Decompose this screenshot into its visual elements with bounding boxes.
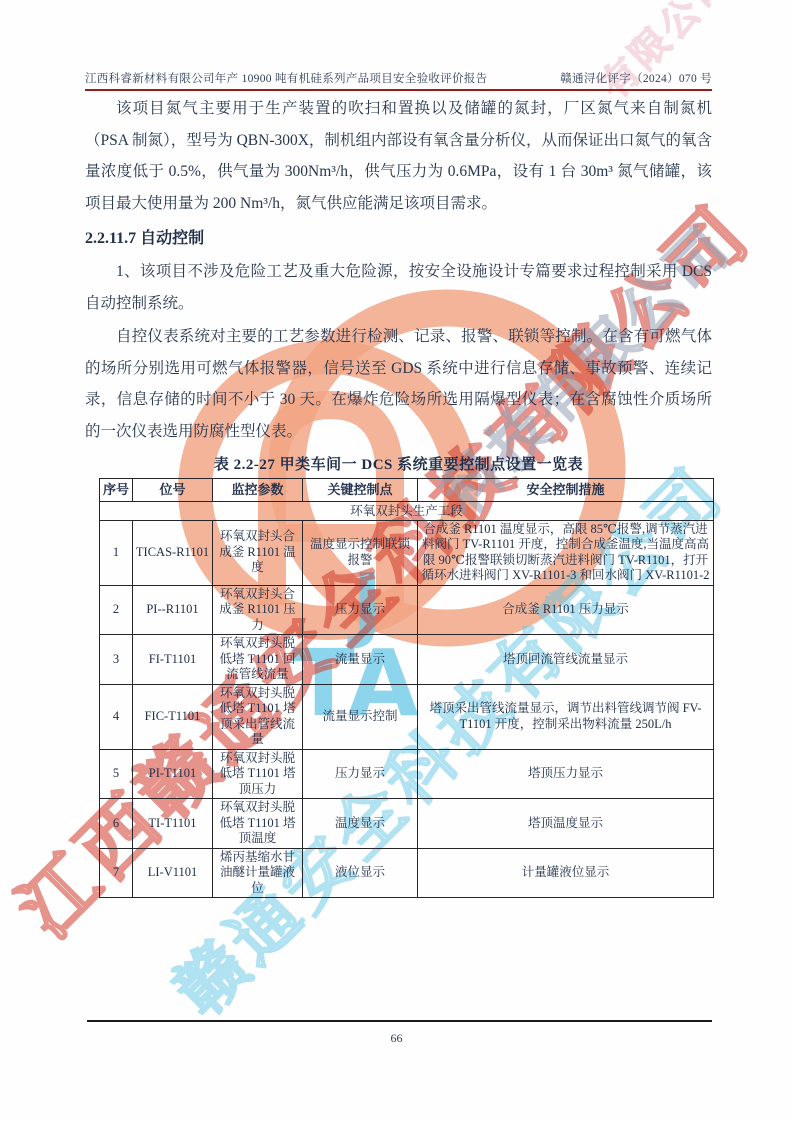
- dcs-control-points-table: 序号 位号 监控参数 关键控制点 安全控制措施 环氧双封头生产工段 1 TICA…: [99, 478, 714, 898]
- footer-rule: [87, 1020, 712, 1022]
- column-header-param: 监控参数: [213, 479, 303, 502]
- page-content: 江西科睿新材料有限公司年产 10900 吨有机硅系列产品项目安全验收评价报告 赣…: [0, 0, 793, 898]
- table-row: 3 FI-T1101 环氧双封头脱低塔 T1101 回流管线流量 流量显示 塔顶…: [100, 635, 714, 685]
- tag-cell: FI-T1101: [133, 635, 213, 685]
- table-row: 1 TICAS-R1101 环氧双封头合成釜 R1101 温度 温度显示控制联锁…: [100, 520, 714, 585]
- tag-cell: FIC-T1101: [133, 684, 213, 749]
- seq-cell: 4: [100, 684, 133, 749]
- measure-cell: 塔顶温度显示: [418, 799, 714, 849]
- seq-cell: 2: [100, 585, 133, 635]
- column-header-point: 关键控制点: [303, 479, 418, 502]
- table-section-row: 环氧双封头生产工段: [100, 501, 714, 520]
- paragraph-nitrogen: 该项目氮气主要用于生产装置的吹扫和置换以及储罐的氮封，厂区氮气来自制氮机（PSA…: [85, 93, 712, 219]
- param-cell: 环氧双封头脱低塔 T1101 塔顶采出管线流量: [213, 684, 303, 749]
- param-cell: 环氧双封头合成釜 R1101 温度: [213, 520, 303, 585]
- page-header: 江西科睿新材料有限公司年产 10900 吨有机硅系列产品项目安全验收评价报告 赣…: [85, 70, 712, 91]
- tag-cell: TICAS-R1101: [133, 520, 213, 585]
- column-header-measure: 安全控制措施: [418, 479, 714, 502]
- seq-cell: 7: [100, 848, 133, 898]
- measure-cell: 塔顶采出管线流量显示，调节出料管线调节阀 FV-T1101 开度，控制采出物料流…: [418, 684, 714, 749]
- section-heading: 2.2.11.7 自动控制: [85, 224, 712, 254]
- column-header-tag: 位号: [133, 479, 213, 502]
- document-page: J TA 江西赣通安全科技有限公司 赣通安全科技有限公司 科技有限公司 有限公司…: [0, 0, 793, 1122]
- seq-cell: 6: [100, 799, 133, 849]
- param-cell: 环氧双封头合成釜 R1101 压力: [213, 585, 303, 635]
- tag-cell: PI--R1101: [133, 585, 213, 635]
- param-cell: 环氧双封头脱低塔 T1101 塔顶压力: [213, 749, 303, 799]
- tag-cell: TI-T1101: [133, 799, 213, 849]
- measure-cell: 合成釜 R1101 压力显示: [418, 585, 714, 635]
- table-row: 2 PI--R1101 环氧双封头合成釜 R1101 压力 压力显示 合成釜 R…: [100, 585, 714, 635]
- measure-cell: 计量罐液位显示: [418, 848, 714, 898]
- param-cell: 环氧双封头脱低塔 T1101 回流管线流量: [213, 635, 303, 685]
- tag-cell: PI-T1101: [133, 749, 213, 799]
- measure-cell: 塔顶压力显示: [418, 749, 714, 799]
- tag-cell: LI-V1101: [133, 848, 213, 898]
- param-cell: 烯丙基缩水甘油醚计量罐液位: [213, 848, 303, 898]
- point-cell: 温度显示控制联锁报警: [303, 520, 418, 585]
- header-report-title: 江西科睿新材料有限公司年产 10900 吨有机硅系列产品项目安全验收评价报告: [85, 70, 487, 86]
- table-row: 7 LI-V1101 烯丙基缩水甘油醚计量罐液位 液位显示 计量罐液位显示: [100, 848, 714, 898]
- point-cell: 流量显示控制: [303, 684, 418, 749]
- header-doc-number: 赣通浔化评字（2024）070 号: [560, 70, 712, 86]
- paragraph-instrument: 自控仪表系统对主要的工艺参数进行检测、记录、报警、联锁等控制。在含有可燃气体的场…: [85, 321, 712, 447]
- point-cell: 压力显示: [303, 749, 418, 799]
- param-cell: 环氧双封头脱低塔 T1101 塔顶温度: [213, 799, 303, 849]
- point-cell: 压力显示: [303, 585, 418, 635]
- table-row: 6 TI-T1101 环氧双封头脱低塔 T1101 塔顶温度 温度显示 塔顶温度…: [100, 799, 714, 849]
- paragraph-dcs: 1、该项目不涉及危险工艺及重大危险源，按安全设施设计专篇要求过程控制采用 DCS…: [85, 256, 712, 319]
- section-label: 环氧双封头生产工段: [100, 501, 714, 520]
- column-header-seq: 序号: [100, 479, 133, 502]
- seq-cell: 3: [100, 635, 133, 685]
- table-row: 4 FIC-T1101 环氧双封头脱低塔 T1101 塔顶采出管线流量 流量显示…: [100, 684, 714, 749]
- table-header-row: 序号 位号 监控参数 关键控制点 安全控制措施: [100, 479, 714, 502]
- page-number: 66: [0, 1031, 793, 1046]
- point-cell: 温度显示: [303, 799, 418, 849]
- seq-cell: 1: [100, 520, 133, 585]
- point-cell: 流量显示: [303, 635, 418, 685]
- point-cell: 液位显示: [303, 848, 418, 898]
- measure-cell: 合成釜 R1101 温度显示，高限 85℃报警,调节蒸汽进料阀门 TV-R110…: [418, 520, 714, 585]
- measure-cell: 塔顶回流管线流量显示: [418, 635, 714, 685]
- seq-cell: 5: [100, 749, 133, 799]
- table-row: 5 PI-T1101 环氧双封头脱低塔 T1101 塔顶压力 压力显示 塔顶压力…: [100, 749, 714, 799]
- table-title: 表 2.2-27 甲类车间一 DCS 系统重要控制点设置一览表: [85, 453, 712, 474]
